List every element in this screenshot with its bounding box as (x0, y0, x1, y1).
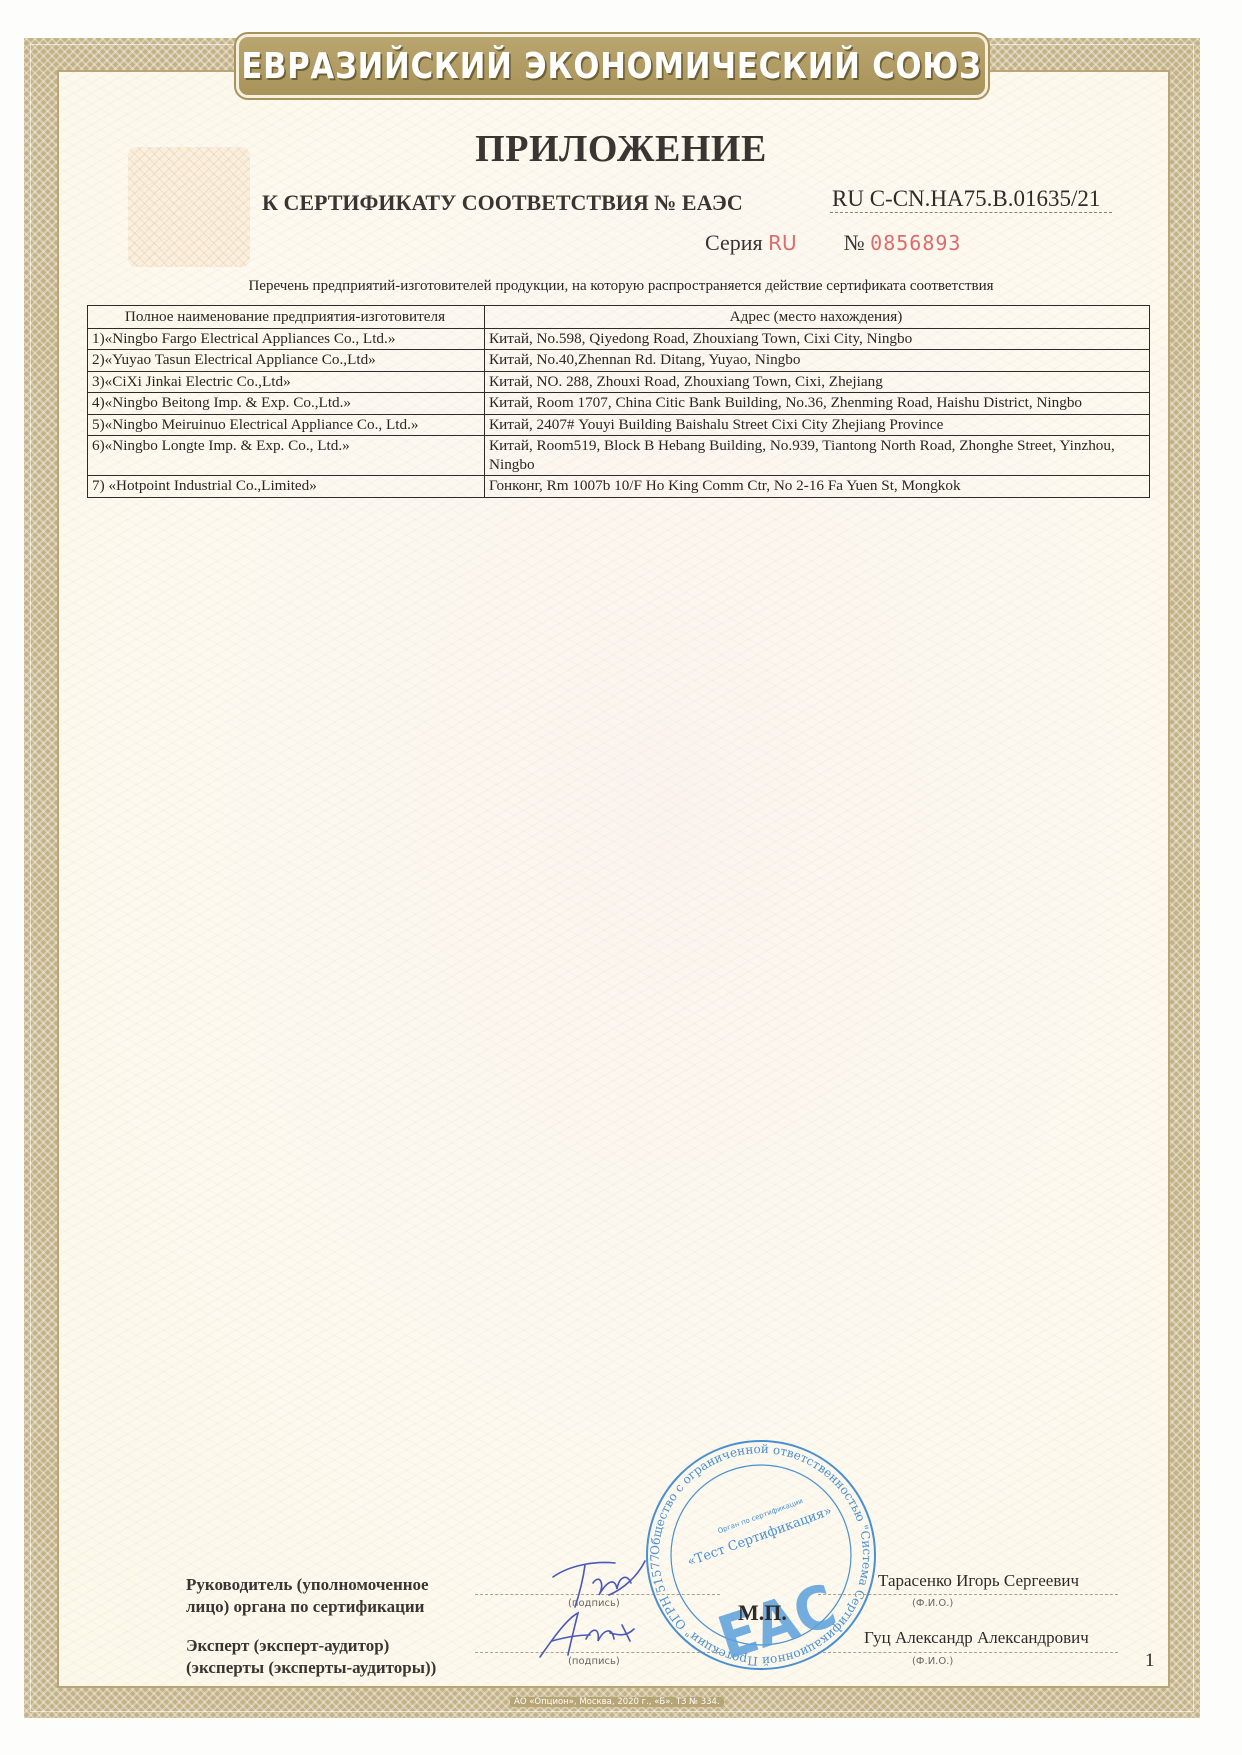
table-row: 2)«Yuyao Tasun Electrical Appliance Co.,… (88, 350, 1150, 372)
table-row: 7) «Hotpoint Industrial Co.,Limited» Гон… (88, 476, 1150, 498)
table-header-row: Полное наименование предприятия-изготови… (88, 306, 1150, 329)
manufacturer-name: 5)«Ningbo Meiruinuo Electrical Appliance… (88, 414, 485, 436)
certification-stamp-icon: Общество с ограниченной ответственностью… (630, 1440, 892, 1670)
column-header-name: Полное наименование предприятия-изготови… (88, 306, 485, 329)
page-number: 1 (1145, 1650, 1155, 1672)
document-subtitle: К СЕРТИФИКАТУ СООТВЕТСТВИЯ № ЕАЭС (262, 190, 743, 216)
manufacturer-name: 7) «Hotpoint Industrial Co.,Limited» (88, 476, 485, 498)
manufacturers-caption: Перечень предприятий-изготовителей проду… (0, 278, 1242, 295)
certificate-number: RU C-CN.HA75.B.01635/21 (830, 186, 1112, 213)
head-label-line1: Руководитель (уполномоченное (186, 1574, 429, 1596)
expert-name-caption: (Ф.И.О.) (912, 1656, 953, 1667)
table-row: 1)«Ningbo Fargo Electrical Appliances Co… (88, 328, 1150, 350)
union-banner-text: ЕВРАЗИЙСКИЙ ЭКОНОМИЧЕСКИЙ СОЮЗ (242, 46, 982, 87)
manufacturers-table: Полное наименование предприятия-изготови… (87, 305, 1150, 498)
manufacturer-name: 4)«Ningbo Beitong Imp. & Exp. Co.,Ltd.» (88, 393, 485, 415)
document-title: ПРИЛОЖЕНИЕ (0, 127, 1242, 171)
manufacturer-address: Китай, 2407# Youyi Building Baishalu Str… (485, 414, 1150, 436)
seal-place-label: М.П. (738, 1600, 787, 1626)
head-label-line2: лицо) органа по сертификации (186, 1596, 429, 1618)
manufacturer-address: Гонконг, Rm 1007b 10/F Ho King Comm Ctr,… (485, 476, 1150, 498)
table-row: 6)«Ningbo Longte Imp. & Exp. Co., Ltd.» … (88, 436, 1150, 476)
printer-imprint: АО «Опцион», Москва, 2020 г., «Б». ТЗ № … (510, 1697, 724, 1707)
manufacturer-address: Китай, No.40,Zhennan Rd. Ditang, Yuyao, … (485, 350, 1150, 372)
table-row: 4)«Ningbo Beitong Imp. & Exp. Co.,Ltd.» … (88, 393, 1150, 415)
manufacturer-name: 3)«CiXi Jinkai Electric Co.,Ltd» (88, 371, 485, 393)
manufacturer-name: 1)«Ningbo Fargo Electrical Appliances Co… (88, 328, 485, 350)
manufacturer-name: 6)«Ningbo Longte Imp. & Exp. Co., Ltd.» (88, 436, 485, 476)
manufacturer-name: 2)«Yuyao Tasun Electrical Appliance Co.,… (88, 350, 485, 372)
series-value: RU (768, 231, 797, 255)
number-label: № (844, 230, 865, 255)
head-of-body-label: Руководитель (уполномоченное лицо) орган… (186, 1574, 429, 1618)
manufacturer-address: Китай, Room519, Block B Hebang Building,… (485, 436, 1150, 476)
manufacturer-address: Китай, NO. 288, Zhouxi Road, Zhouxiang T… (485, 371, 1150, 393)
manufacturer-address: Китай, No.598, Qiyedong Road, Zhouxiang … (485, 328, 1150, 350)
head-name: Тарасенко Игорь Сергеевич (878, 1571, 1079, 1591)
head-name-caption: (Ф.И.О.) (912, 1598, 953, 1609)
manufacturer-address: Китай, Room 1707, China Citic Bank Build… (485, 393, 1150, 415)
column-header-address: Адрес (место нахождения) (485, 306, 1150, 329)
table-row: 3)«CiXi Jinkai Electric Co.,Ltd» Китай, … (88, 371, 1150, 393)
expert-name: Гуц Александр Александрович (864, 1628, 1089, 1648)
expert-label-line2: (эксперты (эксперты-аудиторы)) (186, 1657, 436, 1679)
table-row: 5)«Ningbo Meiruinuo Electrical Appliance… (88, 414, 1150, 436)
form-number: 0856893 (870, 231, 961, 255)
expert-label: Эксперт (эксперт-аудитор) (эксперты (экс… (186, 1635, 436, 1679)
series-label: Серия (705, 230, 763, 255)
union-banner: ЕВРАЗИЙСКИЙ ЭКОНОМИЧЕСКИЙ СОЮЗ (236, 34, 988, 98)
series-line: Серия RU № 0856893 (705, 230, 961, 256)
expert-label-line1: Эксперт (эксперт-аудитор) (186, 1635, 436, 1657)
